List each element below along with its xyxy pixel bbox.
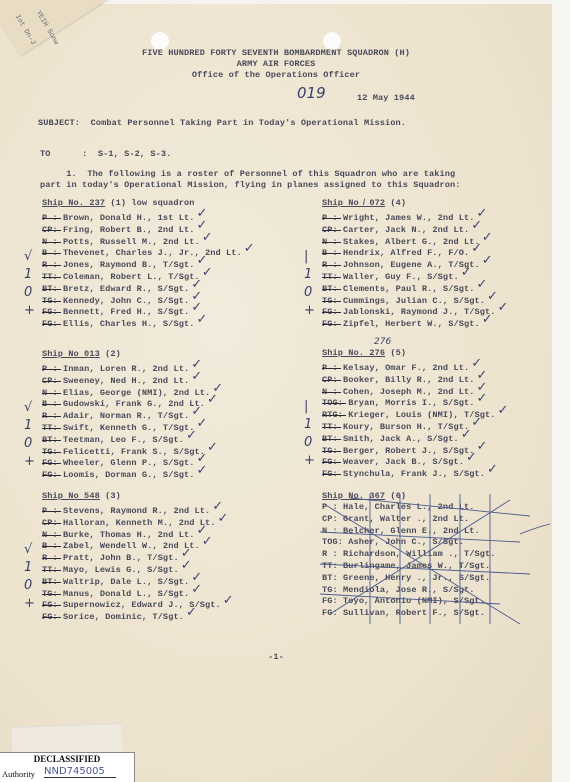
- checkmark-icon: ✓: [482, 312, 493, 327]
- header-line1: FIVE HUNDRED FORTY SEVENTH BOMBARDMENT S…: [0, 48, 552, 58]
- crew-name: Greene, Henry ., Jr., S/Sgt.: [343, 573, 490, 583]
- checkmark-icon: ✓: [461, 265, 472, 280]
- checkmark-icon: ✓: [498, 403, 509, 418]
- stamp-authority-value: NND745005: [44, 766, 116, 778]
- crew-row: BT: Greene, Henry ., Jr., S/Sgt.: [322, 573, 490, 583]
- checkmark-icon: ✓: [487, 289, 498, 304]
- checkmark-icon: ✓: [482, 230, 493, 245]
- crew-name: Stynchula, Frank J., S/Sgt.: [343, 469, 485, 479]
- crew-position: FG:: [322, 596, 338, 606]
- ship-heading: Ship No. 367 (6): [322, 491, 406, 501]
- page-edge: [552, 0, 570, 782]
- paragraph-line1: 1. The following is a roster of Personne…: [40, 169, 455, 179]
- margin-handwritten-note: | 10 +: [304, 398, 316, 470]
- crew-name: Toyo, Antonio (NMI), S/Sgt.: [343, 596, 485, 606]
- checkmark-icon: ✓: [196, 312, 207, 327]
- crew-row: FG: Sorice, Dominic, T/Sgt.✓: [42, 608, 195, 623]
- tape-strip: [12, 723, 123, 756]
- checkmark-icon: ✓: [498, 300, 509, 315]
- ship-number-correction: 276: [374, 337, 391, 347]
- checkmark-icon: ✓: [202, 265, 213, 280]
- crew-row: FG: Toyo, Antonio (NMI), S/Sgt.: [322, 596, 485, 606]
- crew-name: Loomis, Dorman G., S/Sgt.: [63, 470, 194, 480]
- ship-number: Ship No 548: [42, 491, 100, 501]
- checkmark-icon: ✓: [218, 511, 229, 526]
- crew-row: FG: Ellis, Charles H., S/Sgt.✓: [42, 315, 205, 330]
- crew-row: FG: Loomis, Dorman G., S/Sgt.✓: [42, 466, 205, 481]
- checkmark-icon: ✓: [461, 427, 472, 442]
- ship-number: Ship No. 276: [322, 348, 385, 358]
- ship-position-note: (5): [385, 348, 406, 358]
- crew-name: Belcher, Glenn E., 2nd Lt.: [343, 526, 480, 536]
- stamp-title: DECLASSIFIED: [0, 754, 134, 764]
- handwritten-number: 019: [297, 84, 326, 102]
- crew-position: FG:: [322, 319, 338, 329]
- crew-position: FG:: [42, 612, 58, 622]
- checkmark-icon: ✓: [202, 534, 213, 549]
- paragraph-line2: part in today's Operational Mission, fly…: [40, 180, 461, 190]
- crew-position: N :: [322, 526, 338, 536]
- checkmark-icon: ✓: [476, 391, 487, 406]
- declassified-stamp: DECLASSIFIED Authority NND745005: [0, 752, 135, 782]
- crew-position: BT:: [322, 573, 338, 583]
- checkmark-icon: ✓: [191, 582, 202, 597]
- crew-row: TG: Mendiola, Jose R., S/Sgt.: [322, 585, 474, 595]
- crew-position: FG:: [42, 319, 58, 329]
- ship-number: Ship No. 237: [42, 198, 105, 208]
- checkmark-icon: ✓: [207, 392, 218, 407]
- crew-row: TT: Burlingame, James W., T/Sgt.: [322, 561, 490, 571]
- crew-position: R :: [322, 549, 338, 559]
- crew-position: TOG:: [322, 537, 343, 547]
- crew-name: Grant, Walter ., 2nd Lt.: [343, 514, 469, 524]
- ship-heading: Ship No ̸ 072 (4): [322, 198, 406, 208]
- document-page: Iot Dn-J YEIH Sonw FIVE HUNDRED FORTY SE…: [0, 4, 554, 782]
- ship-position-note: (2): [100, 349, 121, 359]
- crew-name: Zipfel, Herbert W., S/Sgt.: [343, 319, 480, 329]
- checkmark-icon: ✓: [207, 440, 218, 455]
- margin-handwritten-note: √ 10 +: [24, 399, 36, 471]
- crew-row: FG: Sullivan, Robert F., S/Sgt.: [322, 608, 485, 618]
- crew-position: TT:: [322, 561, 338, 571]
- crew-row: R : Richardson, William ., T/Sgt.: [322, 549, 496, 559]
- checkmark-icon: ✓: [196, 416, 207, 431]
- margin-handwritten-note: | 10 +: [304, 248, 316, 320]
- checkmark-icon: ✓: [471, 241, 482, 256]
- ship-number: Ship No ̸ 072: [322, 198, 385, 208]
- ship-position-note: (3): [100, 491, 121, 501]
- crew-name: Ellis, Charles H., S/Sgt.: [63, 319, 194, 329]
- ship-position-note: (4): [385, 198, 406, 208]
- checkmark-icon: ✓: [223, 593, 234, 608]
- ship-heading: Ship No 013 (2): [42, 349, 121, 359]
- checkmark-icon: ✓: [487, 462, 498, 477]
- checkmark-icon: ✓: [186, 605, 197, 620]
- checkmark-icon: ✓: [244, 241, 255, 256]
- ship-heading: Ship No 548 (3): [42, 491, 121, 501]
- crew-position: CP:: [322, 514, 338, 524]
- checkmark-icon: ✓: [196, 463, 207, 478]
- ship-position-note: (6): [385, 491, 406, 501]
- checkmark-icon: ✓: [191, 369, 202, 384]
- checkmark-icon: ✓: [466, 450, 477, 465]
- crew-name: Sorice, Dominic, T/Sgt.: [63, 612, 184, 622]
- crew-row: N : Belcher, Glenn E., 2nd Lt.: [322, 526, 480, 536]
- header-line3: Office of the Operations Officer: [0, 70, 552, 80]
- crew-name: Sullivan, Robert F., S/Sgt.: [343, 608, 485, 618]
- checkmark-icon: ✓: [186, 428, 197, 443]
- checkmark-icon: ✓: [202, 230, 213, 245]
- checkmark-icon: ✓: [471, 415, 482, 430]
- ship-heading: Ship No. 237 (1) low squadron: [42, 198, 194, 208]
- checkmark-icon: ✓: [476, 439, 487, 454]
- margin-handwritten-note: √ 10 +: [24, 541, 36, 613]
- page-number: -1-: [0, 652, 552, 662]
- crew-name: Burlingame, James W., T/Sgt.: [343, 561, 490, 571]
- crew-row: CP: Grant, Walter ., 2nd Lt.: [322, 514, 469, 524]
- checkmark-icon: ✓: [476, 277, 487, 292]
- crew-position: FG:: [42, 470, 58, 480]
- crew-row: P : Hale, Charles L., 2nd Lt.: [322, 502, 474, 512]
- checkmark-icon: ✓: [482, 253, 493, 268]
- subject-line: SUBJECT: Combat Personnel Taking Part in…: [38, 118, 406, 128]
- to-line: TO : S-1, S-2, S-3.: [40, 149, 171, 159]
- margin-handwritten-note: √ 10 +: [24, 248, 36, 320]
- crew-row: TOG: Asher, John C., S/Sgt.: [322, 537, 464, 547]
- crew-position: TG:: [322, 585, 338, 595]
- crew-position: P :: [322, 502, 338, 512]
- crew-name: Mendiola, Jose R., S/Sgt.: [343, 585, 474, 595]
- crew-position: FG:: [322, 469, 338, 479]
- crew-position: FG:: [322, 608, 338, 618]
- date: 12 May 1944: [357, 93, 415, 103]
- checkmark-icon: ✓: [471, 218, 482, 233]
- stamp-authority-label: Authority: [2, 769, 35, 779]
- crew-name: Asher, John C., S/Sgt.: [348, 537, 464, 547]
- ship-number: Ship No. 367: [322, 491, 385, 501]
- crew-name: Richardson, William ., T/Sgt.: [343, 549, 495, 559]
- crew-name: Hale, Charles L., 2nd Lt.: [343, 502, 474, 512]
- header-line2: ARMY AIR FORCES: [0, 59, 552, 69]
- crew-row: FG: Zipfel, Herbert W., S/Sgt.✓: [322, 315, 491, 330]
- ship-number: Ship No 013: [42, 349, 100, 359]
- ship-position-note: (1) low squadron: [105, 198, 194, 208]
- ship-heading: Ship No. 276 (5): [322, 348, 406, 358]
- crew-row: FG: Stynchula, Frank J., S/Sgt.✓: [322, 465, 496, 480]
